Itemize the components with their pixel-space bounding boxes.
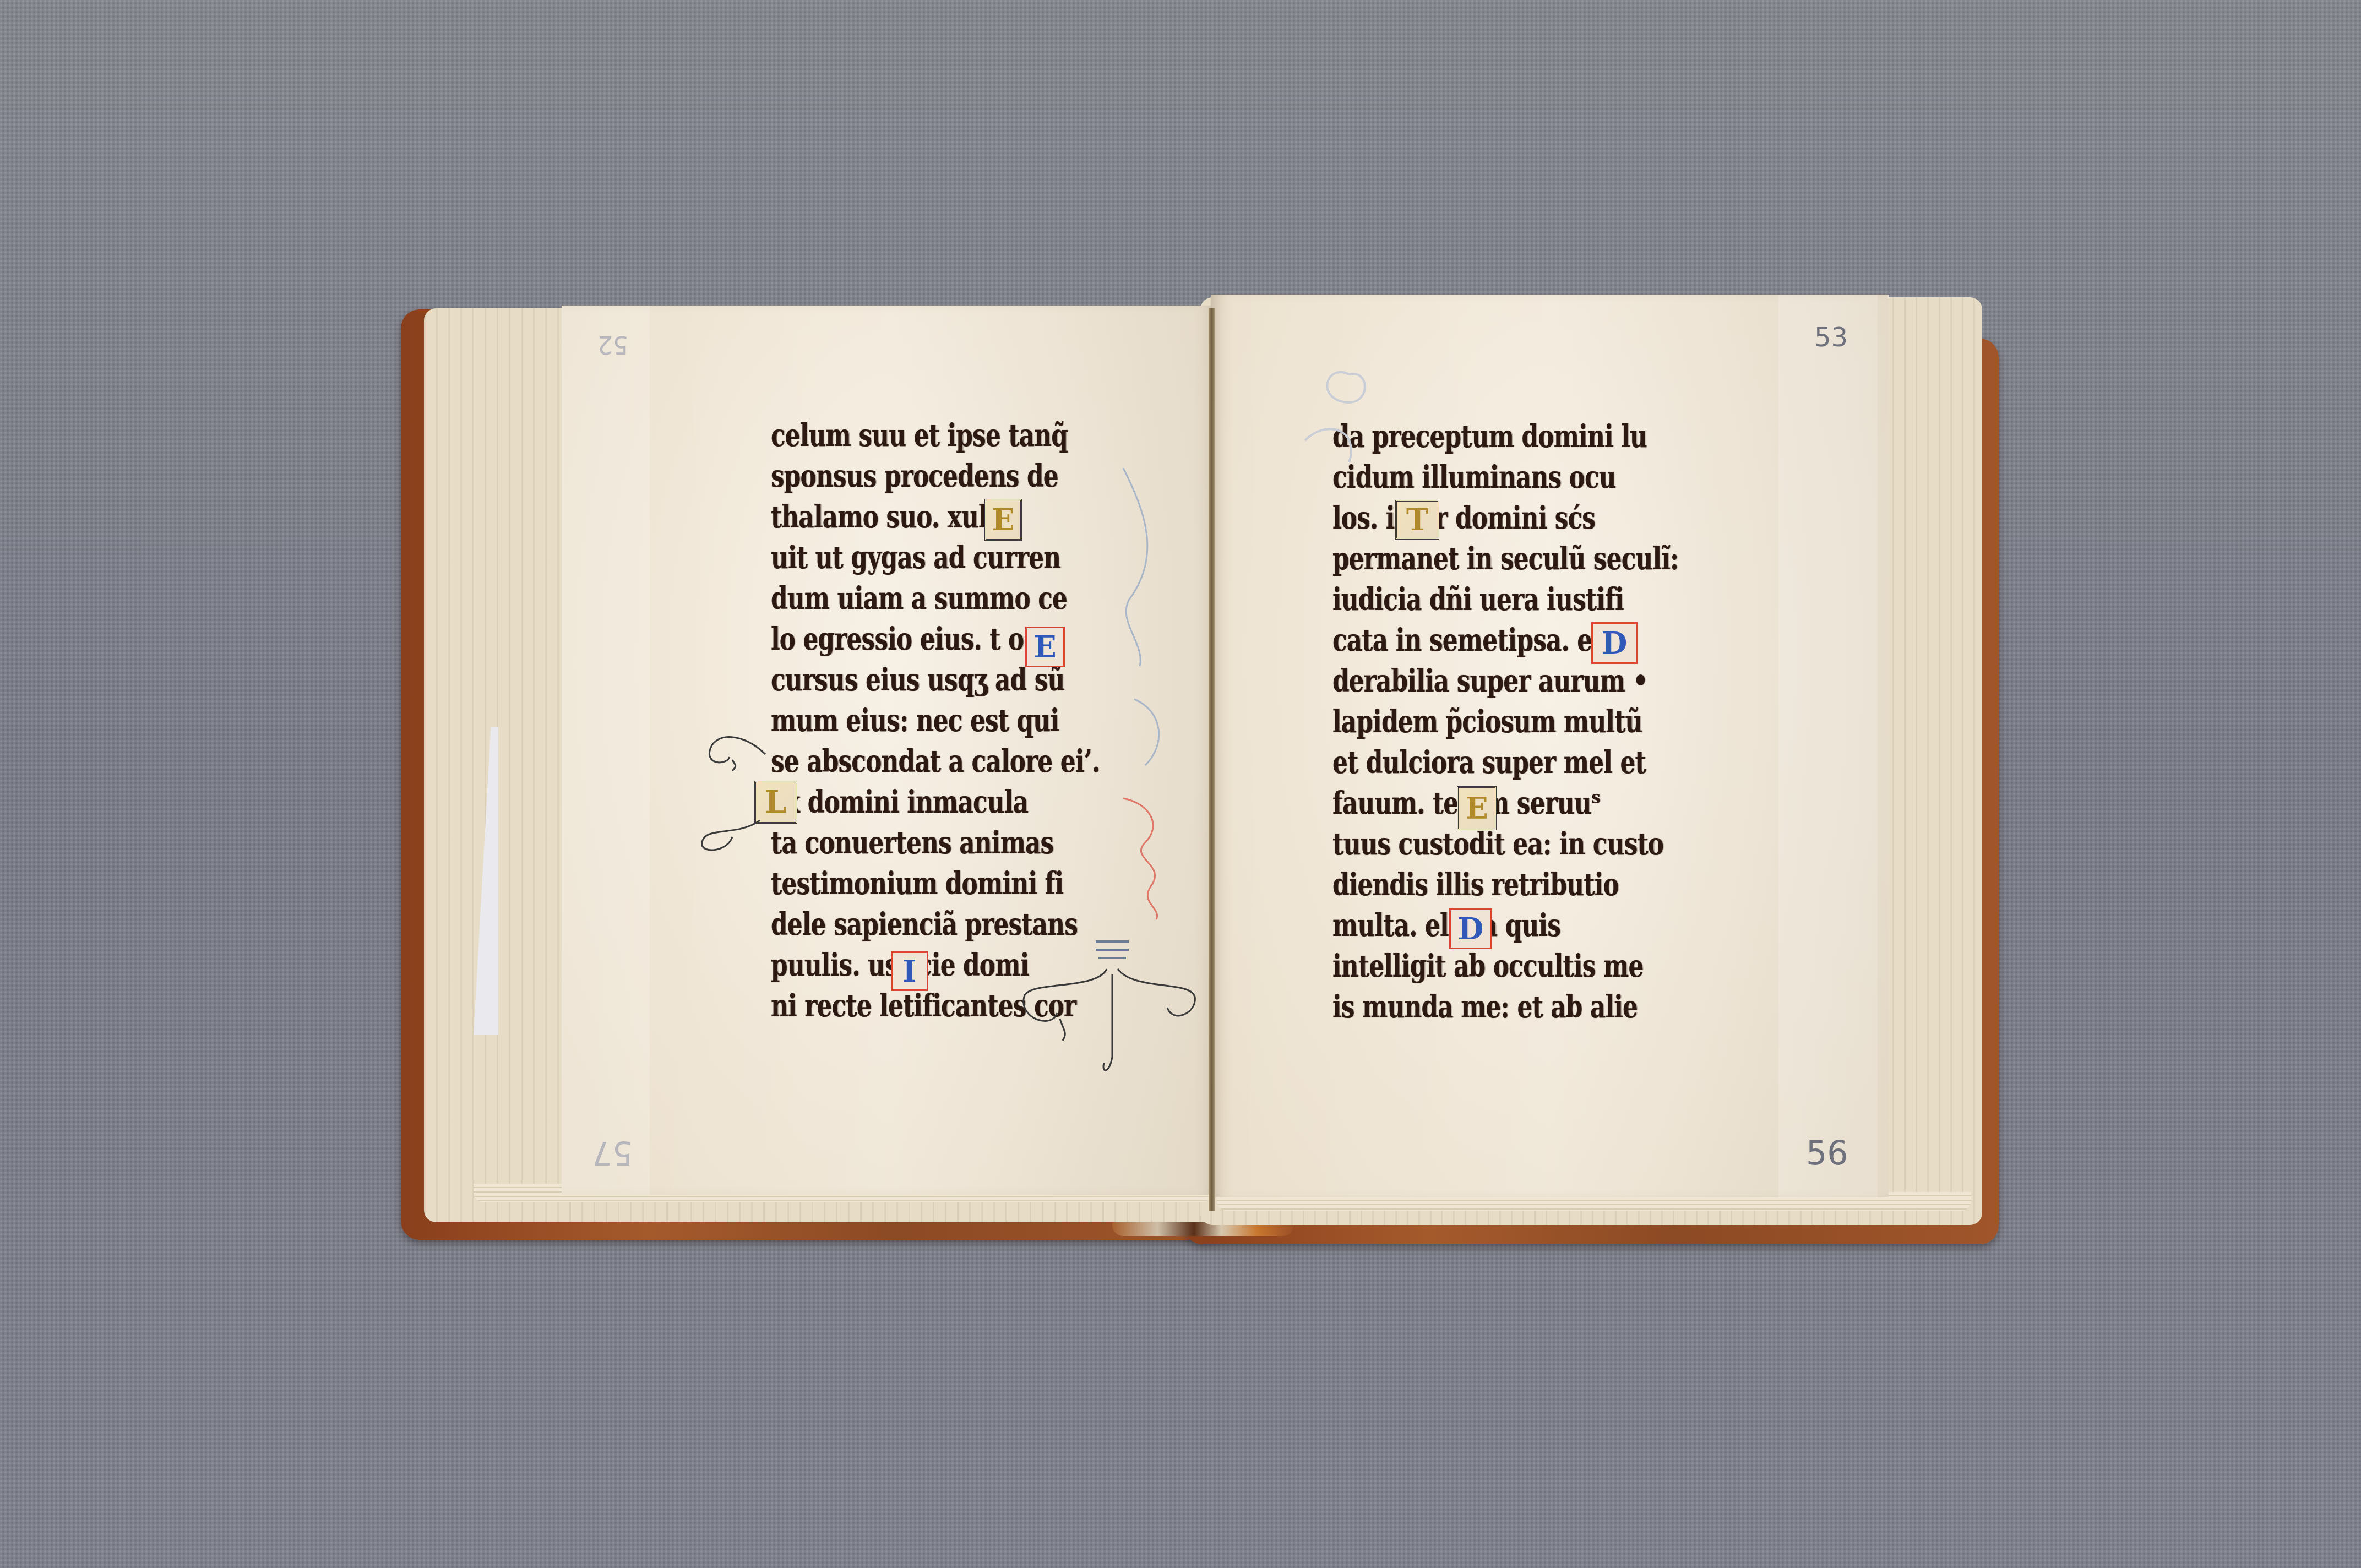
penwork-flourish-bottom-right [1008,936,1206,1101]
folio-number-56: 56 [1806,1134,1848,1173]
text-line: intelligit ab occultis me [1332,948,1643,984]
text-line: tuus custodit ea: in custo [1332,826,1663,862]
penwork-initial-blue-I: I [891,951,928,991]
right-text-block: da preceptum domini lu cidum illuminans … [1332,418,1729,980]
text-line: derabilia super aurum • [1332,663,1648,699]
illuminated-initial-gold-E: E [1457,786,1497,830]
penwork-flourish-red [1118,793,1184,925]
tissue-overlay-right [1778,295,1878,1197]
penwork-flourish-left-margin [694,727,782,859]
text-line: sponsus procedens de [771,458,1058,494]
gutter [1209,308,1215,1211]
penwork-flourish-blue-margin [1112,468,1178,776]
text-line: los. imor domini sćs [1332,500,1595,536]
text-line: cursus eius usqʒ ad sũ [771,662,1065,698]
text-line: celum suu et ipse tanq̃ [771,417,1068,454]
text-line: ta conuertens animas [771,825,1053,861]
text-line: se abscondat a calore ei’. [771,743,1100,780]
text-line: thalamo suo. xultа [771,499,1013,535]
text-line: lo egressio eius. t oc [771,621,1038,657]
tissue-overlay-left [562,306,650,1195]
text-line: iudicia dñi uera iustifi [1332,581,1624,618]
folio-number-57: 57 [592,1134,633,1172]
text-line: testimonium domini fi [771,865,1063,902]
penwork-initial-blue-E: E [1025,627,1065,667]
text-line: diendis illis retributio [1332,867,1619,903]
text-line: uit ut gygas ad curren [771,540,1060,576]
text-line: is munda me: et ab alie [1332,989,1638,1025]
text-line: permanet in seculũ seculĩ: [1332,541,1678,577]
illuminated-initial-gold-E: E [984,499,1022,541]
text-line: cata in semetipsa. esi [1332,622,1614,658]
text-line: mum eius: nec est qui [771,703,1059,739]
folio-number-52: 52 [597,330,628,358]
text-line: dum uiam a summo ce [771,580,1067,617]
text-line: ex domini inmacula [771,784,1028,820]
text-line: multa. elicta quis [1332,907,1560,944]
text-line: lapidem p̃ciosum multũ [1332,704,1642,740]
penwork-initial-blue-D: D [1591,622,1638,664]
folio-number-53: 53 [1814,322,1848,353]
show-through-flourish [1283,352,1426,496]
penwork-initial-blue-D: D [1449,908,1492,949]
left-text-block: celum suu et ipse tanq̃ sponsus proceden… [771,417,1156,979]
illuminated-initial-gold-T: T [1395,500,1439,540]
text-line: et dulciora super mel et [1332,744,1646,781]
